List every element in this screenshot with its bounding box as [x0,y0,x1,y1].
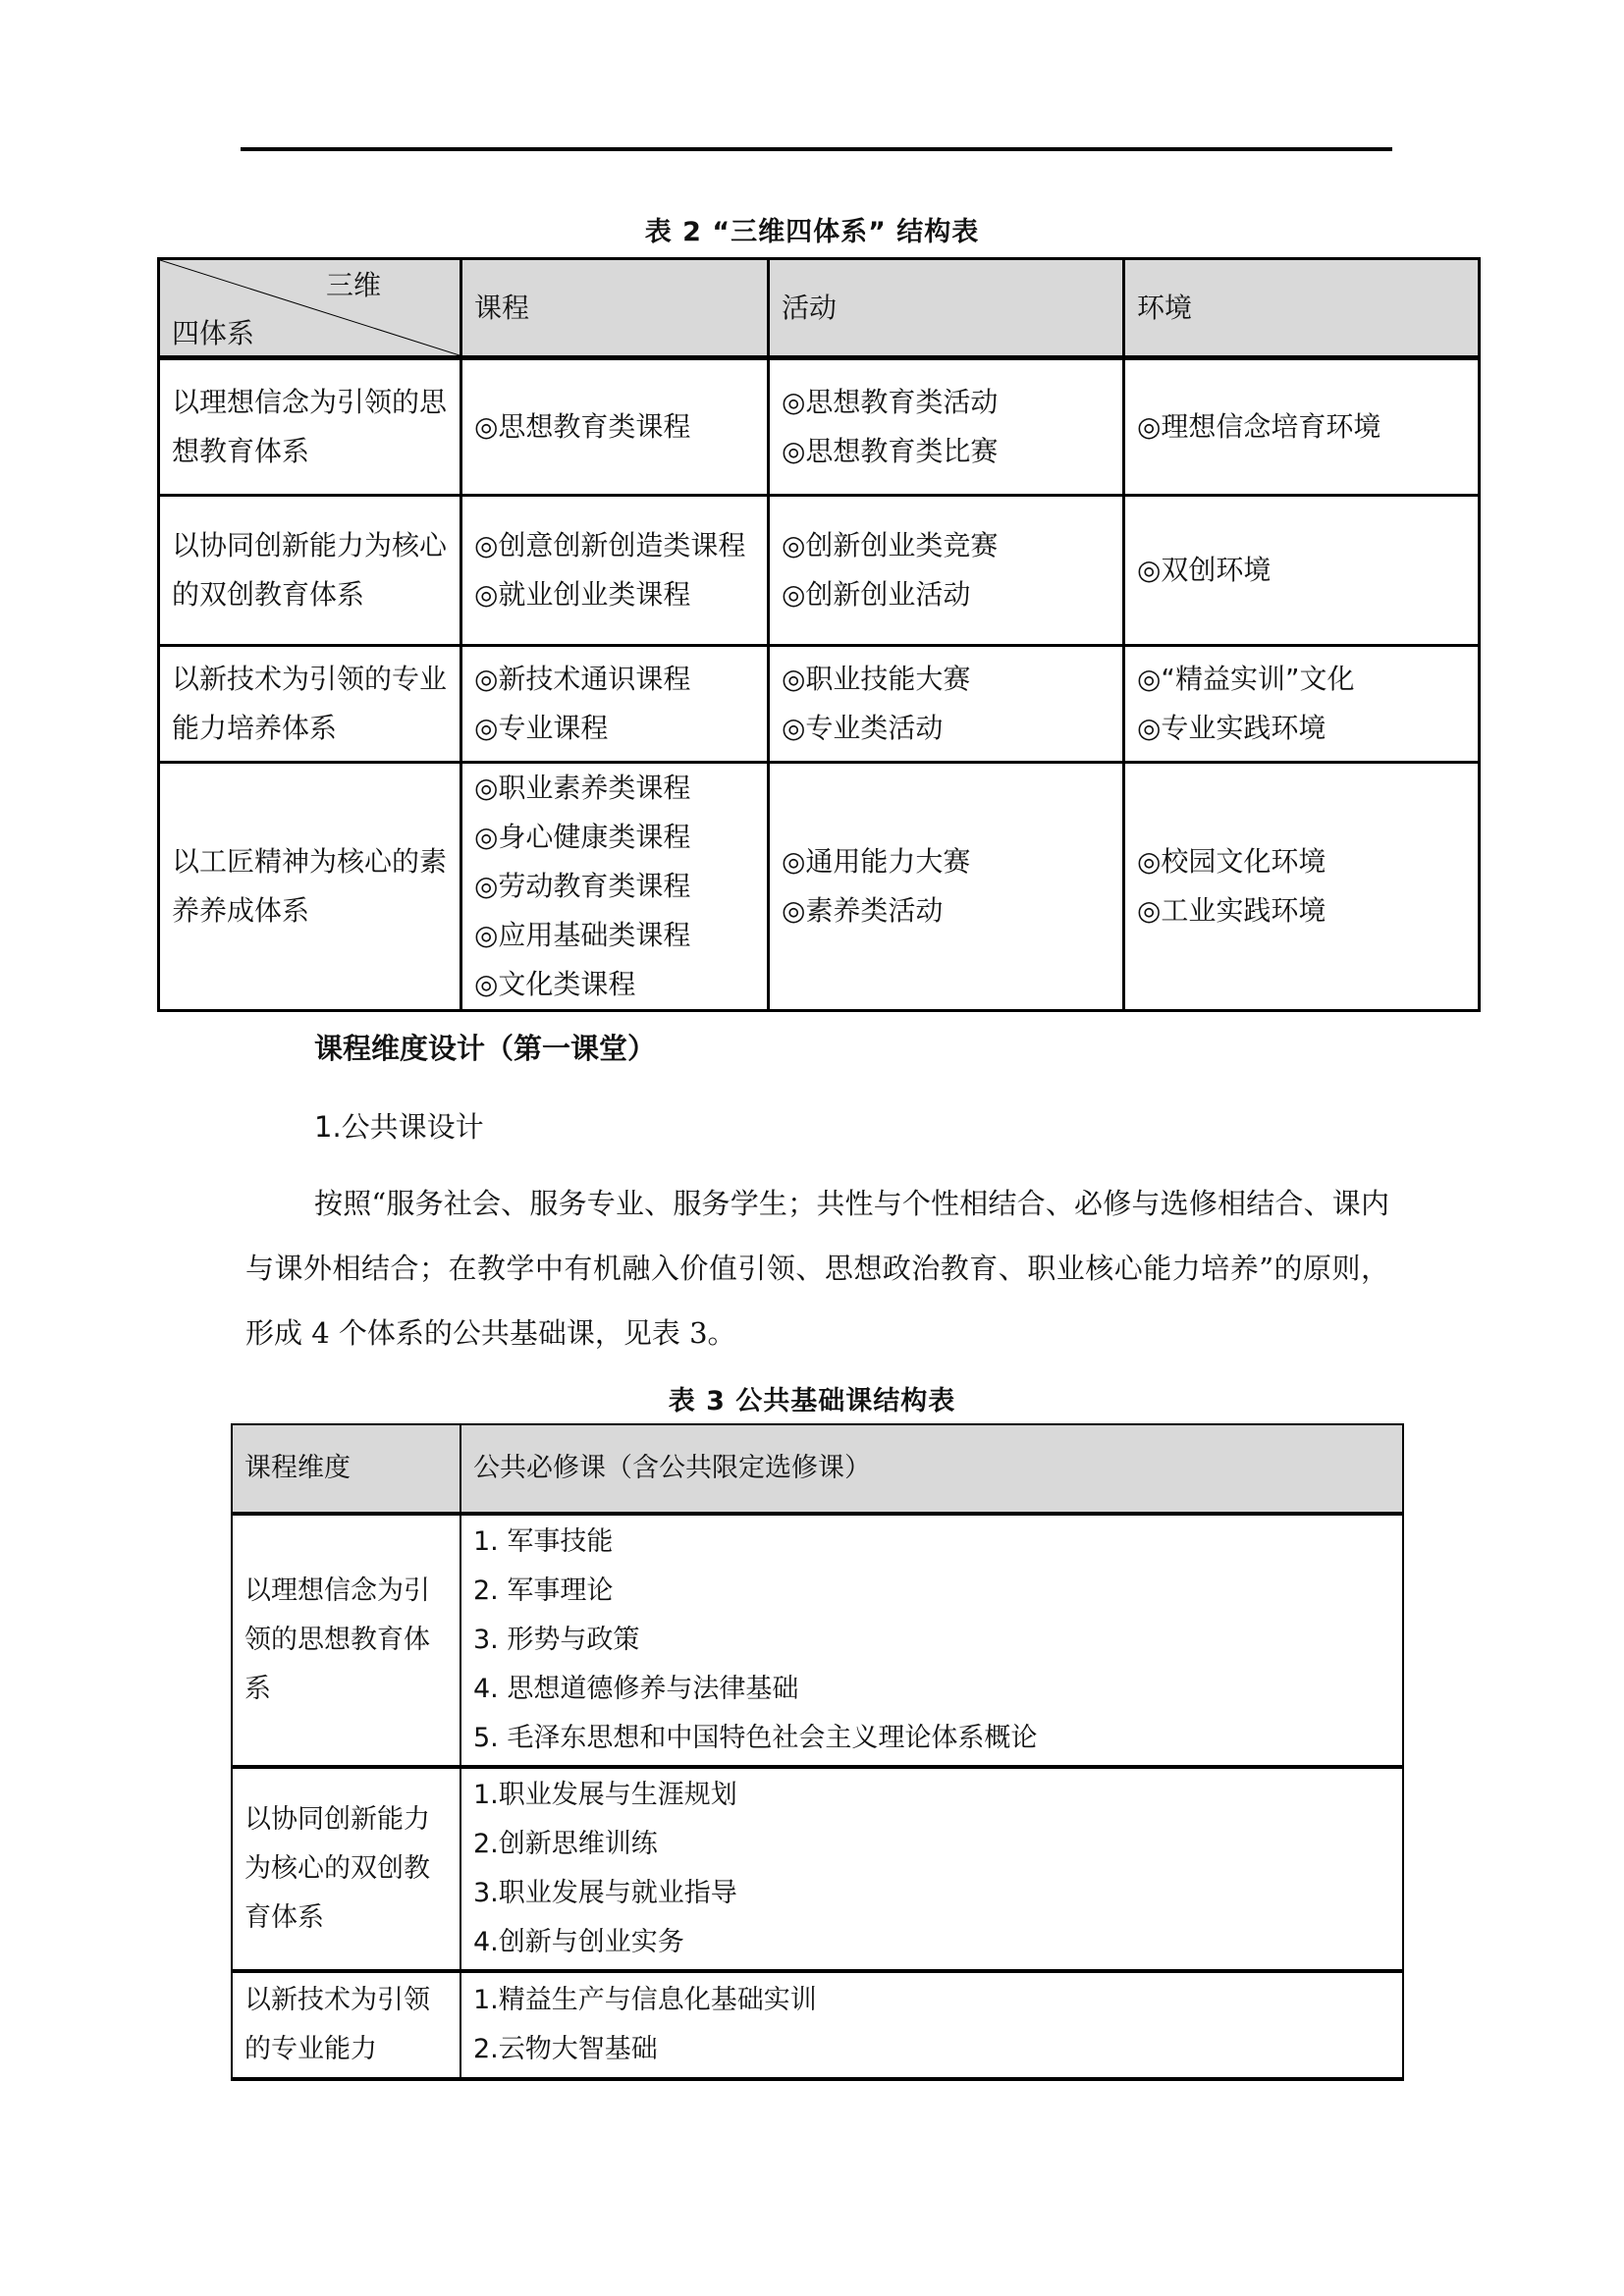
table3-public-foundation-courses: 课程维度 公共必修课（含公共限定选修课） 以理想信念为引领的思想教育体系 1. … [231,1423,1404,2081]
environment-item: ◎专业实践环境 [1137,704,1466,753]
course-item: ◎创意创新创造类课程 [474,521,755,570]
activity-item: ◎职业技能大赛 [782,655,1110,704]
body-paragraph: 按照“服务社会、服务专业、服务学生；共性与个性相结合、必修与选修相结合、课内与课… [245,1171,1389,1365]
activity-item: ◎通用能力大赛 [782,837,1110,886]
environment-item: ◎理想信念培育环境 [1137,402,1466,452]
table2-col-environment: 环境 [1124,259,1480,358]
dimension-cell: 以理想信念为引领的思想教育体系 [232,1514,460,1767]
table3-row: 以新技术为引领的专业能力 1.精益生产与信息化基础实训 2.云物大智基础 [232,1971,1403,2079]
environment-item: ◎双创环境 [1137,546,1466,595]
activities-cell: ◎通用能力大赛 ◎素养类活动 [769,763,1124,1011]
section-heading: 课程维度设计（第一课堂） [314,1027,656,1067]
course-item: 4. 思想道德修养与法律基础 [473,1665,1390,1714]
course-item: 1.精益生产与信息化基础实训 [473,1976,1390,2025]
course-item: 5. 毛泽东思想和中国特色社会主义理论体系概论 [473,1714,1390,1763]
courses-cell: 1.精益生产与信息化基础实训 2.云物大智基础 [460,1971,1403,2079]
course-item: 2.云物大智基础 [473,2025,1390,2074]
table2-col-activities: 活动 [769,259,1124,358]
courses-cell: ◎职业素养类课程 ◎身心健康类课程 ◎劳动教育类课程 ◎应用基础类课程 ◎文化类… [461,763,769,1011]
activity-item: ◎创新创业活动 [782,570,1110,619]
table2-row: 以协同创新能力为核心的双创教育体系 ◎创意创新创造类课程 ◎就业创业类课程 ◎创… [159,496,1480,646]
course-item: ◎专业课程 [474,704,755,753]
course-item: 1.职业发展与生涯规划 [473,1771,1390,1820]
activity-item: ◎创新创业类竞赛 [782,521,1110,570]
course-item: ◎劳动教育类课程 [474,862,755,911]
course-item: ◎文化类课程 [474,960,755,1009]
course-item: 3. 形势与政策 [473,1616,1390,1665]
activity-item: ◎素养类活动 [782,886,1110,935]
course-item: ◎新技术通识课程 [474,655,755,704]
activities-cell: ◎思想教育类活动 ◎思想教育类比赛 [769,358,1124,496]
courses-cell: ◎思想教育类课程 [461,358,769,496]
corner-bottom-label: 四体系 [172,316,254,351]
table2-three-dimensions-four-systems: 三维 四体系 课程 活动 环境 以理想信念为引领的思想教育体系 ◎思想教育类课程… [157,257,1481,1012]
table2-header-row: 三维 四体系 课程 活动 环境 [159,259,1480,358]
table2-row: 以工匠精神为核心的素养养成体系 ◎职业素养类课程 ◎身心健康类课程 ◎劳动教育类… [159,763,1480,1011]
course-item: ◎职业素养类课程 [474,764,755,813]
courses-cell: ◎创意创新创造类课程 ◎就业创业类课程 [461,496,769,646]
dimension-cell: 以协同创新能力为核心的双创教育体系 [232,1767,460,1971]
courses-cell: 1. 军事技能 2. 军事理论 3. 形势与政策 4. 思想道德修养与法律基础 … [460,1514,1403,1767]
course-item: ◎思想教育类课程 [474,402,755,452]
courses-cell: ◎新技术通识课程 ◎专业课程 [461,646,769,763]
activity-item: ◎思想教育类比赛 [782,427,1110,476]
table3-row: 以理想信念为引领的思想教育体系 1. 军事技能 2. 军事理论 3. 形势与政策… [232,1514,1403,1767]
system-cell: 以协同创新能力为核心的双创教育体系 [159,496,461,646]
system-cell: 以理想信念为引领的思想教育体系 [159,358,461,496]
environment-item: ◎校园文化环境 [1137,837,1466,886]
course-item: ◎应用基础类课程 [474,911,755,960]
courses-cell: 1.职业发展与生涯规划 2.创新思维训练 3.职业发展与就业指导 4.创新与创业… [460,1767,1403,1971]
activities-cell: ◎创新创业类竞赛 ◎创新创业活动 [769,496,1124,646]
header-rule [241,147,1392,151]
course-item: ◎身心健康类课程 [474,813,755,862]
environment-item: ◎工业实践环境 [1137,886,1466,935]
table3-col-required-courses: 公共必修课（含公共限定选修课） [460,1424,1403,1514]
course-item: 2.创新思维训练 [473,1820,1390,1869]
course-item: 1. 军事技能 [473,1518,1390,1567]
table2-col-courses: 课程 [461,259,769,358]
environment-cell: ◎校园文化环境 ◎工业实践环境 [1124,763,1480,1011]
environment-cell: ◎“精益实训”文化 ◎专业实践环境 [1124,646,1480,763]
table3-header-row: 课程维度 公共必修课（含公共限定选修课） [232,1424,1403,1514]
system-cell: 以新技术为引领的专业能力培养体系 [159,646,461,763]
table2-row: 以理想信念为引领的思想教育体系 ◎思想教育类课程 ◎思想教育类活动 ◎思想教育类… [159,358,1480,496]
activity-item: ◎思想教育类活动 [782,378,1110,427]
table3-caption: 表 3 公共基础课结构表 [0,1379,1624,1417]
course-item: 4.创新与创业实务 [473,1918,1390,1967]
environment-cell: ◎理想信念培育环境 [1124,358,1480,496]
dimension-cell: 以新技术为引领的专业能力 [232,1971,460,2079]
table2-corner-cell: 三维 四体系 [159,259,461,358]
activity-item: ◎专业类活动 [782,704,1110,753]
table3-row: 以协同创新能力为核心的双创教育体系 1.职业发展与生涯规划 2.创新思维训练 3… [232,1767,1403,1971]
section-subheading: 1.公共课设计 [314,1105,484,1146]
table3-col-dimension: 课程维度 [232,1424,460,1514]
course-item: 2. 军事理论 [473,1567,1390,1616]
course-item: ◎就业创业类课程 [474,570,755,619]
system-cell: 以工匠精神为核心的素养养成体系 [159,763,461,1011]
table2-caption: 表 2 “三维四体系” 结构表 [0,210,1624,248]
activities-cell: ◎职业技能大赛 ◎专业类活动 [769,646,1124,763]
table2-row: 以新技术为引领的专业能力培养体系 ◎新技术通识课程 ◎专业课程 ◎职业技能大赛 … [159,646,1480,763]
course-item: 3.职业发展与就业指导 [473,1869,1390,1918]
environment-cell: ◎双创环境 [1124,496,1480,646]
environment-item: ◎“精益实训”文化 [1137,655,1466,704]
corner-top-label: 三维 [326,268,381,303]
